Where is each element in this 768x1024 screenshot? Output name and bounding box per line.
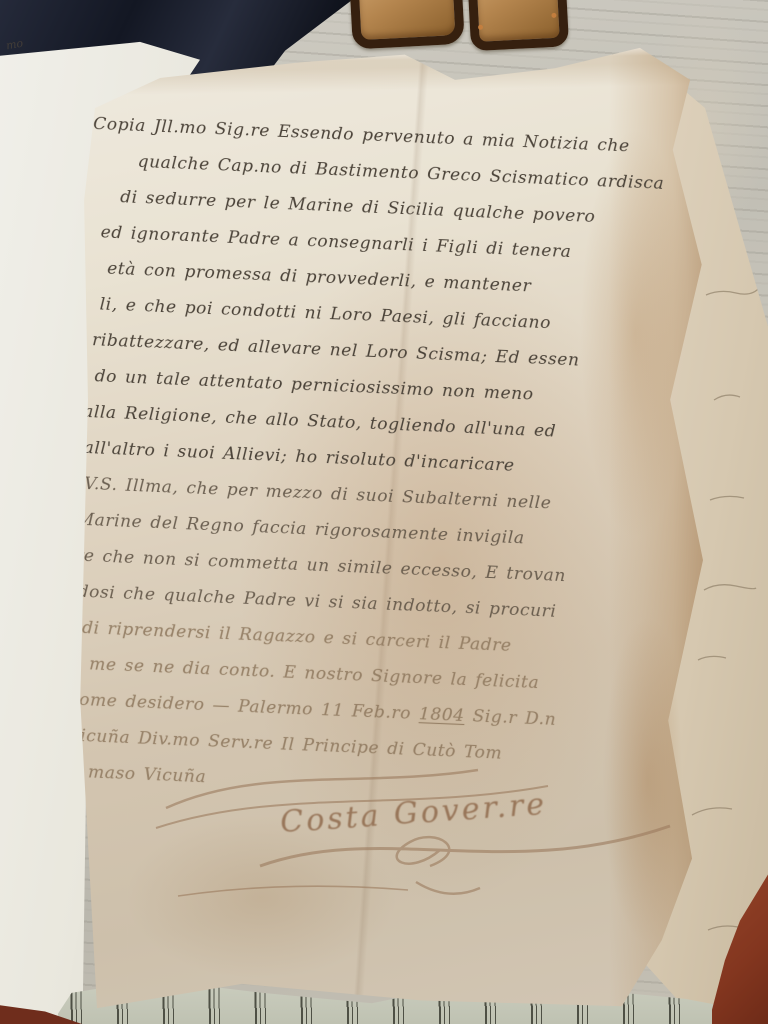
reading-glasses — [348, 0, 563, 43]
date-line-post: Sig.r D.n — [464, 706, 556, 730]
signature-block: Costa Gover.re — [148, 730, 688, 910]
manuscript-page: Copia Jll.mo Sig.re Essendo pervenuto a … — [68, 42, 712, 1014]
glasses-left-lens-icon — [348, 0, 465, 49]
date-underlined: 1804 — [419, 704, 465, 726]
letter-text: Copia Jll.mo Sig.re Essendo pervenuto a … — [65, 106, 693, 815]
photo-of-manuscript: { "letter": { "heading_label": "Copia", … — [0, 0, 768, 1024]
